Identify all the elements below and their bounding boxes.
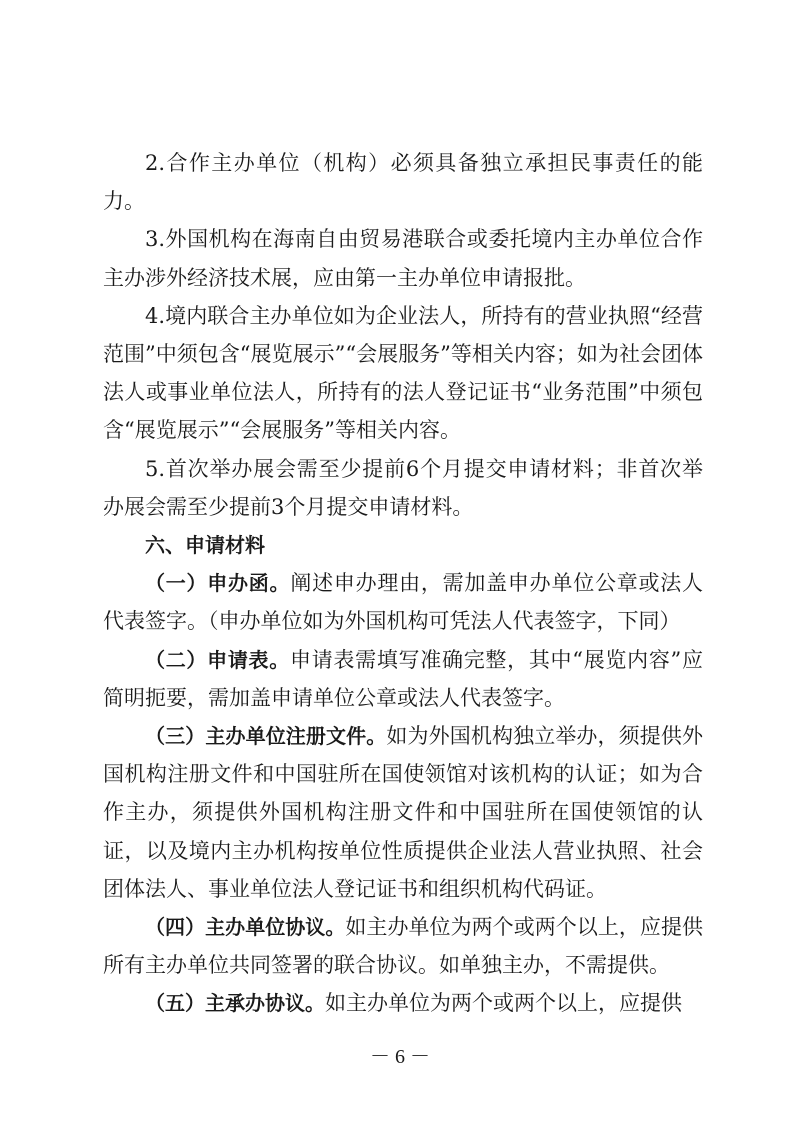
paragraph-2: 2.合作主办单位（机构）必须具备独立承担民事责任的能力。 bbox=[103, 144, 703, 220]
paragraph-4: 4.境内联合主办单位如为企业法人，所持有的营业执照“经营范围”中须包含“展览展示… bbox=[103, 297, 703, 450]
item-1-label: （一）申办函。 bbox=[145, 571, 290, 595]
paragraph-3: 3.外国机构在海南自由贸易港联合或委托境内主办单位合作主办涉外经济技术展，应由第… bbox=[103, 220, 703, 296]
section-heading: 六、申请材料 bbox=[103, 526, 703, 564]
item-3: （三）主办单位注册文件。如为外国机构独立举办，须提供外国机构注册文件和中国驻所在… bbox=[103, 717, 703, 908]
item-2-label: （二）申请表。 bbox=[145, 648, 290, 672]
item-2: （二）申请表。申请表需填写准确完整，其中“展览内容”应简明扼要，需加盖申请单位公… bbox=[103, 641, 703, 717]
item-5: （五）主承办协议。如主办单位为两个或两个以上，应提供 bbox=[103, 984, 703, 1022]
item-1: （一）申办函。阐述申办理由，需加盖申办单位公章或法人代表签字。（申办单位如为外国… bbox=[103, 564, 703, 640]
item-5-text: 如主办单位为两个或两个以上，应提供 bbox=[325, 991, 682, 1015]
item-5-label: （五）主承办协议。 bbox=[145, 991, 325, 1015]
item-3-text: 如为外国机构独立举办，须提供外国机构注册文件和中国驻所在国使领馆对该机构的认证；… bbox=[103, 724, 703, 901]
item-4: （四）主办单位协议。如主办单位为两个或两个以上，应提供所有主办单位共同签署的联合… bbox=[103, 908, 703, 984]
item-4-label: （四）主办单位协议。 bbox=[145, 915, 345, 939]
page-number: － 6 － bbox=[0, 1040, 800, 1069]
paragraph-5: 5.首次举办展会需至少提前6个月提交申请材料；非首次举办展会需至少提前3个月提交… bbox=[103, 450, 703, 526]
item-3-label: （三）主办单位注册文件。 bbox=[145, 724, 386, 748]
document-page: 2.合作主办单位（机构）必须具备独立承担民事责任的能力。 3.外国机构在海南自由… bbox=[103, 144, 703, 1023]
